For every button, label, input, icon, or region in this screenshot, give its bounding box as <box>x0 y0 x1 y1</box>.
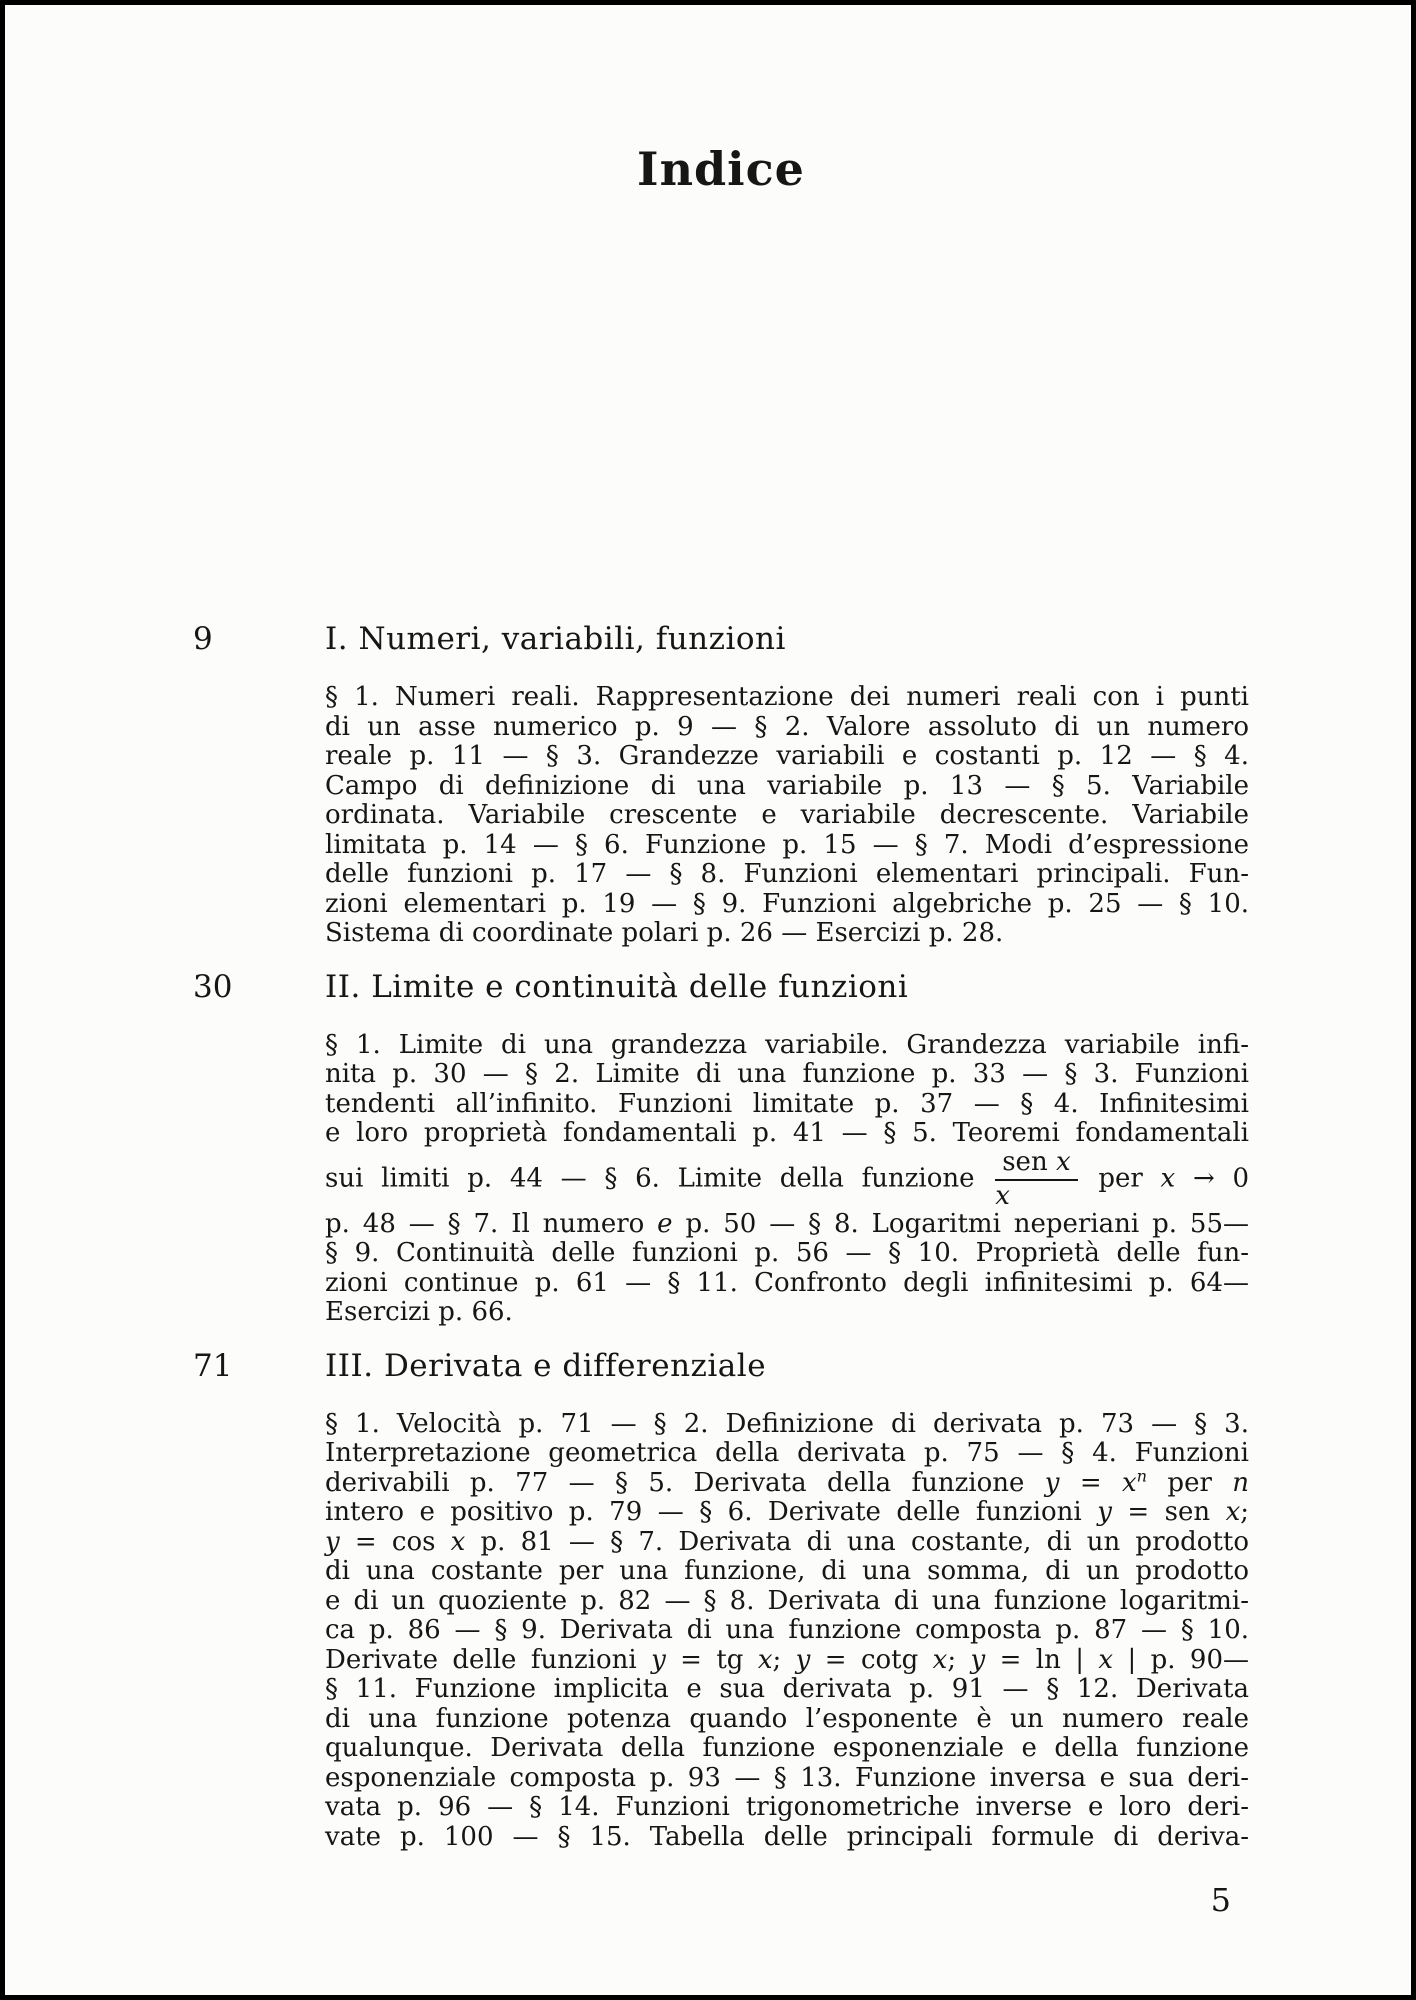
chapter-title: II. Limite e continuità delle funzioni <box>325 969 1249 1005</box>
toc-chapter: 9I. Numeri, variabili, funzioni§ 1. Nume… <box>193 621 1249 949</box>
summary-line: e di un quoziente p. 82 — § 8. Derivata … <box>325 1587 1249 1617</box>
chapter-summary: § 1. Limite di una grandezza variabile. … <box>325 1031 1249 1328</box>
summary-line: limitata p. 14 — § 6. Funzione p. 15 — §… <box>325 831 1249 861</box>
book-page: Indice 9I. Numeri, variabili, funzioni§ … <box>0 0 1416 2000</box>
summary-line: § 1. Velocità p. 71 — § 2. Definizione d… <box>325 1410 1249 1440</box>
summary-line: § 1. Numeri reali. Rappresentazione dei … <box>325 683 1249 713</box>
summary-line: Derivate delle funzioni y = tg x; y = co… <box>325 1646 1249 1676</box>
chapter-title: I. Numeri, variabili, funzioni <box>325 621 1249 657</box>
chapter-summary: § 1. Numeri reali. Rappresentazione dei … <box>325 683 1249 949</box>
summary-line: ordinata. Variabile crescente e variabil… <box>325 801 1249 831</box>
summary-line: p. 48 — § 7. Il numero e p. 50 — § 8. Lo… <box>325 1210 1249 1240</box>
summary-line: ca p. 86 — § 9. Derivata di una funzione… <box>325 1616 1249 1646</box>
summary-line: qualunque. Derivata della funzione espon… <box>325 1734 1249 1764</box>
summary-line: di una funzione potenza quando l’esponen… <box>325 1705 1249 1735</box>
summary-line: vata p. 96 — § 14. Funzioni trigonometri… <box>325 1793 1249 1823</box>
summary-line: e loro proprietà fondamentali p. 41 — § … <box>325 1119 1249 1149</box>
summary-line: Esercizi p. 66. <box>325 1298 1249 1328</box>
chapter-title: III. Derivata e differenziale <box>325 1348 1249 1384</box>
summary-line: Campo di definizione di una variabile p.… <box>325 772 1249 802</box>
summary-line: zioni elementari p. 19 — § 9. Funzioni a… <box>325 890 1249 920</box>
summary-line: zioni continue p. 61 — § 11. Confronto d… <box>325 1269 1249 1299</box>
inline-fraction: sen xx <box>995 1149 1077 1210</box>
summary-line: § 11. Funzione implicita e sua derivata … <box>325 1675 1249 1705</box>
chapter-start-page: 9 <box>193 621 325 657</box>
summary-line: reale p. 11 — § 3. Grandezze variabili e… <box>325 742 1249 772</box>
page-title: Indice <box>193 145 1249 193</box>
toc-chapter: 71III. Derivata e differenziale§ 1. Velo… <box>193 1348 1249 1853</box>
page-number: 5 <box>1211 1883 1231 1917</box>
fraction-numerator: sen x <box>995 1149 1077 1181</box>
summary-line: di un asse numerico p. 9 — § 2. Valore a… <box>325 713 1249 743</box>
chapter-entry-body: I. Numeri, variabili, funzioni§ 1. Numer… <box>325 621 1249 949</box>
summary-line: nita p. 30 — § 2. Limite di una funzione… <box>325 1060 1249 1090</box>
toc-chapter: 30II. Limite e continuità delle funzioni… <box>193 969 1249 1328</box>
summary-line: esponenziale composta p. 93 — § 13. Funz… <box>325 1764 1249 1794</box>
chapter-start-page: 30 <box>193 969 325 1005</box>
summary-line: y = cos x p. 81 — § 7. Derivata di una c… <box>325 1528 1249 1558</box>
summary-line: § 1. Limite di una grandezza variabile. … <box>325 1031 1249 1061</box>
chapter-summary: § 1. Velocità p. 71 — § 2. Definizione d… <box>325 1410 1249 1853</box>
summary-line: § 9. Continuità delle funzioni p. 56 — §… <box>325 1239 1249 1269</box>
summary-line: Interpretazione geometrica della derivat… <box>325 1439 1249 1469</box>
summary-line: Sistema di coordinate polari p. 26 — Ese… <box>325 919 1249 949</box>
chapter-entry-body: III. Derivata e differenziale§ 1. Veloci… <box>325 1348 1249 1853</box>
summary-line: tendenti all’infinito. Funzioni limitate… <box>325 1090 1249 1120</box>
summary-line: di una costante per una funzione, di una… <box>325 1557 1249 1587</box>
chapter-start-page: 71 <box>193 1348 325 1384</box>
summary-line: intero e positivo p. 79 — § 6. Derivate … <box>325 1498 1249 1528</box>
fraction-denominator: x <box>995 1181 1077 1210</box>
chapter-entry-body: II. Limite e continuità delle funzioni§ … <box>325 969 1249 1328</box>
summary-line: delle funzioni p. 17 — § 8. Funzioni ele… <box>325 860 1249 890</box>
table-of-contents: 9I. Numeri, variabili, funzioni§ 1. Nume… <box>193 621 1249 1852</box>
summary-line: derivabili p. 77 — § 5. Derivata della f… <box>325 1469 1249 1499</box>
summary-line: vate p. 100 — § 15. Tabella delle princi… <box>325 1823 1249 1853</box>
summary-line: sui limiti p. 44 — § 6. Limite della fun… <box>325 1149 1249 1210</box>
